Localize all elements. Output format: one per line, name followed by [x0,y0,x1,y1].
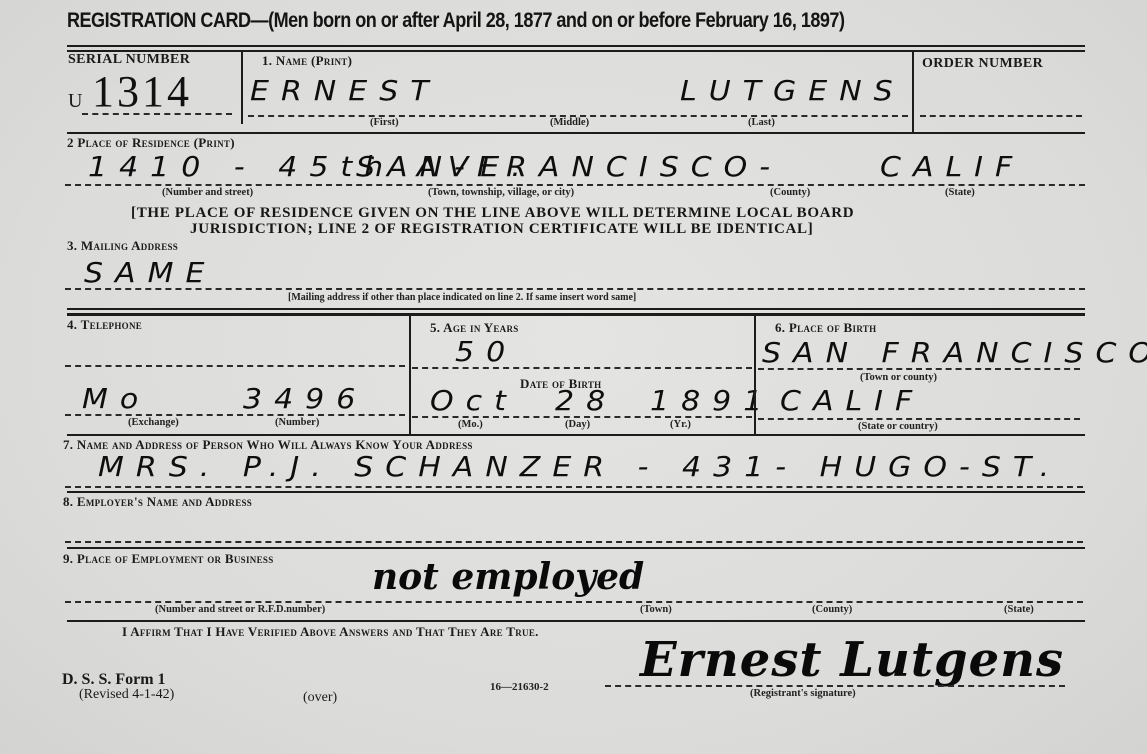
dob-month-value[interactable]: Oct [430,385,518,417]
employment-state-caption: (State) [1004,604,1034,615]
age-label: 5. Age in Years [430,320,519,336]
town-or-county-caption: (Town or county) [860,372,937,383]
employment-label: 9. Place of Employment or Business [63,551,274,567]
form-revised: (Revised 4-1-42) [79,687,174,703]
residence-state-value[interactable]: CALIF [880,151,1024,183]
telephone-line-top [65,365,405,367]
telephone-label: 4. Telephone [67,317,142,333]
day-caption: (Day) [565,419,590,430]
state-or-country-caption: (State or country) [858,421,938,432]
birthplace-state-value[interactable]: CALIF [780,385,924,417]
rule [67,45,1085,47]
telephone-exchange-value[interactable]: Mo [82,383,150,415]
rule [67,308,1085,310]
first-caption: (First) [370,117,399,128]
birthplace-town-value[interactable]: SAN FRANCISCO [762,337,1147,369]
birthplace-town-line [758,368,1080,370]
dob-line [412,416,752,418]
card-title: REGISTRATION CARD—(Men born on or after … [67,9,844,33]
over-note: (over) [303,690,337,706]
state-caption: (State) [945,187,975,198]
mailing-caption: [Mailing address if other than place ind… [288,292,636,303]
mailing-label: 3. Mailing Address [67,238,178,254]
exchange-caption: (Exchange) [128,417,179,428]
employer-label: 8. Employer's Name and Address [63,494,252,510]
residence-notice-line1: [THE PLACE OF RESIDENCE GIVEN ON THE LIN… [131,205,854,222]
last-caption: (Last) [748,117,775,128]
rule [67,132,1085,134]
affirmation-text: I Affirm That I Have Verified Above Answ… [122,624,539,640]
town-caption: (Town, township, village, or city) [428,187,574,198]
year-caption: (Yr.) [670,419,691,430]
age-line [412,367,752,369]
residence-notice-line2: JURISDICTION; LINE 2 OF REGISTRATION CER… [190,221,813,238]
mailing-value[interactable]: SAME [84,257,216,289]
order-number-line[interactable] [920,115,1082,117]
age-value[interactable]: 50 [455,336,517,368]
rule [67,491,1085,493]
county-caption: (County) [770,187,810,198]
middle-caption: (Middle) [550,117,589,128]
street-caption: (Number and street) [162,187,253,198]
divider [409,316,411,434]
signature-line [605,685,1065,687]
number-caption: (Number) [275,417,319,428]
name-label: 1. Name (Print) [262,53,352,69]
last-name-value[interactable]: LUTGENS [680,75,905,107]
print-code: 16—21630-2 [490,681,549,693]
residence-town-value[interactable]: SAN-FRANCISCO- [356,151,782,183]
employment-county-caption: (County) [812,604,852,615]
rule [67,547,1085,549]
divider [241,52,243,124]
contact-line [65,486,1083,488]
order-number-label: ORDER NUMBER [922,56,1043,72]
employment-line [65,601,1083,603]
birthplace-label: 6. Place of Birth [775,320,876,336]
residence-label: 2 Place of Residence (Print) [67,135,235,151]
rule [67,620,1085,622]
employment-town-caption: (Town) [640,604,672,615]
registration-card: REGISTRATION CARD—(Men born on or after … [0,0,1147,754]
first-name-value[interactable]: ERNEST [250,75,441,107]
registrant-signature[interactable]: Ernest Lutgens [640,632,1064,688]
signature-caption: (Registrant's signature) [750,688,856,699]
month-caption: (Mo.) [458,419,483,430]
rule [67,50,1085,52]
serial-prefix: U [68,90,82,113]
divider [754,316,756,434]
residence-line [65,184,1085,186]
birthplace-state-line [758,418,1080,420]
divider [912,52,914,132]
rule [67,313,1085,316]
employer-line[interactable] [65,541,1083,543]
contact-value[interactable]: MRS. P.J. SCHANZER - 431- HUGO-ST. [98,451,1061,483]
mailing-line [65,288,1085,290]
serial-number-line [82,113,232,115]
employment-value[interactable]: not employed [372,556,644,598]
dob-day-value[interactable]: 28 [555,385,617,417]
telephone-number-value[interactable]: 3496 [243,383,367,415]
serial-number-value[interactable]: 1314 [92,66,192,117]
telephone-line [65,414,405,416]
employment-street-caption: (Number and street or R.F.D.number) [155,604,325,615]
rule [67,434,1085,436]
